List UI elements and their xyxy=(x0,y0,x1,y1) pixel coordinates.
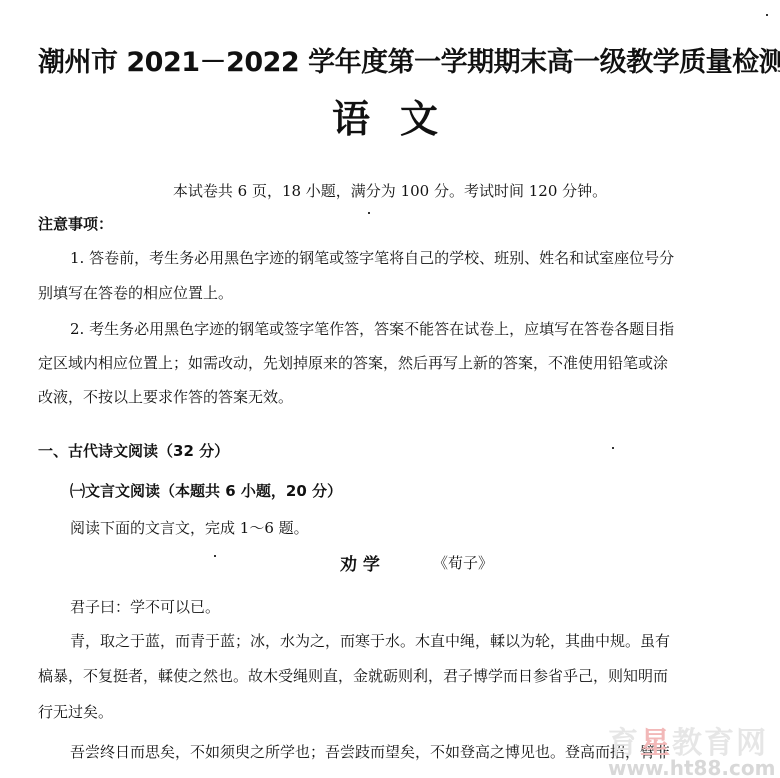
reading-instruction: 阅读下面的文言文，完成 1～6 题。 xyxy=(70,517,309,538)
section-heading: 一、古代诗文阅读（32 分） xyxy=(38,440,229,461)
passage-line: 吾尝终日而思矣，不如须臾之所学也；吾尝跂而望矣，不如登高之博见也。登高而招，臂非 xyxy=(70,741,670,762)
subject-title: 语文 xyxy=(0,88,780,143)
scan-speck xyxy=(766,14,768,16)
notes-heading: 注意事项： xyxy=(38,213,113,234)
note-2-line-3: 改液，不按以上要求作答的答案无效。 xyxy=(38,386,293,407)
passage-author: 《荀子》 xyxy=(433,552,493,573)
exam-title: 潮州市 2021－2022 学年度第一学期期末高一级教学质量检测卷 xyxy=(38,40,778,79)
scan-speck xyxy=(214,555,216,557)
scan-speck xyxy=(612,447,614,449)
note-1-line-2: 别填写在答卷的相应位置上。 xyxy=(38,282,233,303)
passage-title: 劝 学 xyxy=(340,550,380,575)
note-2-line-1: 2. 考生务必用黑色字迹的钢笔或签字笔作答，答案不能答在试卷上，应填写在答卷各题… xyxy=(70,318,674,339)
subsection-heading: ㈠文言文阅读（本题共 6 小题，20 分） xyxy=(70,480,342,501)
exam-intro: 本试卷共 6 页，18 小题，满分为 100 分。考试时间 120 分钟。 xyxy=(0,180,780,201)
passage-line: 行无过矣。 xyxy=(38,701,113,722)
note-1-line-1: 1. 答卷前，考生务必用黑色字迹的钢笔或签字笔将自己的学校、班别、姓名和试室座位… xyxy=(70,247,674,268)
note-2-line-2: 定区域内相应位置上；如需改动，先划掉原来的答案，然后再写上新的答案，不准使用铅笔… xyxy=(38,352,668,373)
passage-line: 青，取之于蓝，而青于蓝；冰，水为之，而寒于水。木直中绳，輮以为轮，其曲中规。虽有 xyxy=(70,630,670,651)
exam-page: 潮州市 2021－2022 学年度第一学期期末高一级教学质量检测卷 语文 本试卷… xyxy=(0,0,780,778)
passage-line: 君子曰：学不可以已。 xyxy=(70,596,220,617)
scan-speck xyxy=(368,212,370,214)
passage-line: 槁暴，不复挺者，輮使之然也。故木受绳则直，金就砺则利，君子博学而日参省乎己，则知… xyxy=(38,665,668,686)
